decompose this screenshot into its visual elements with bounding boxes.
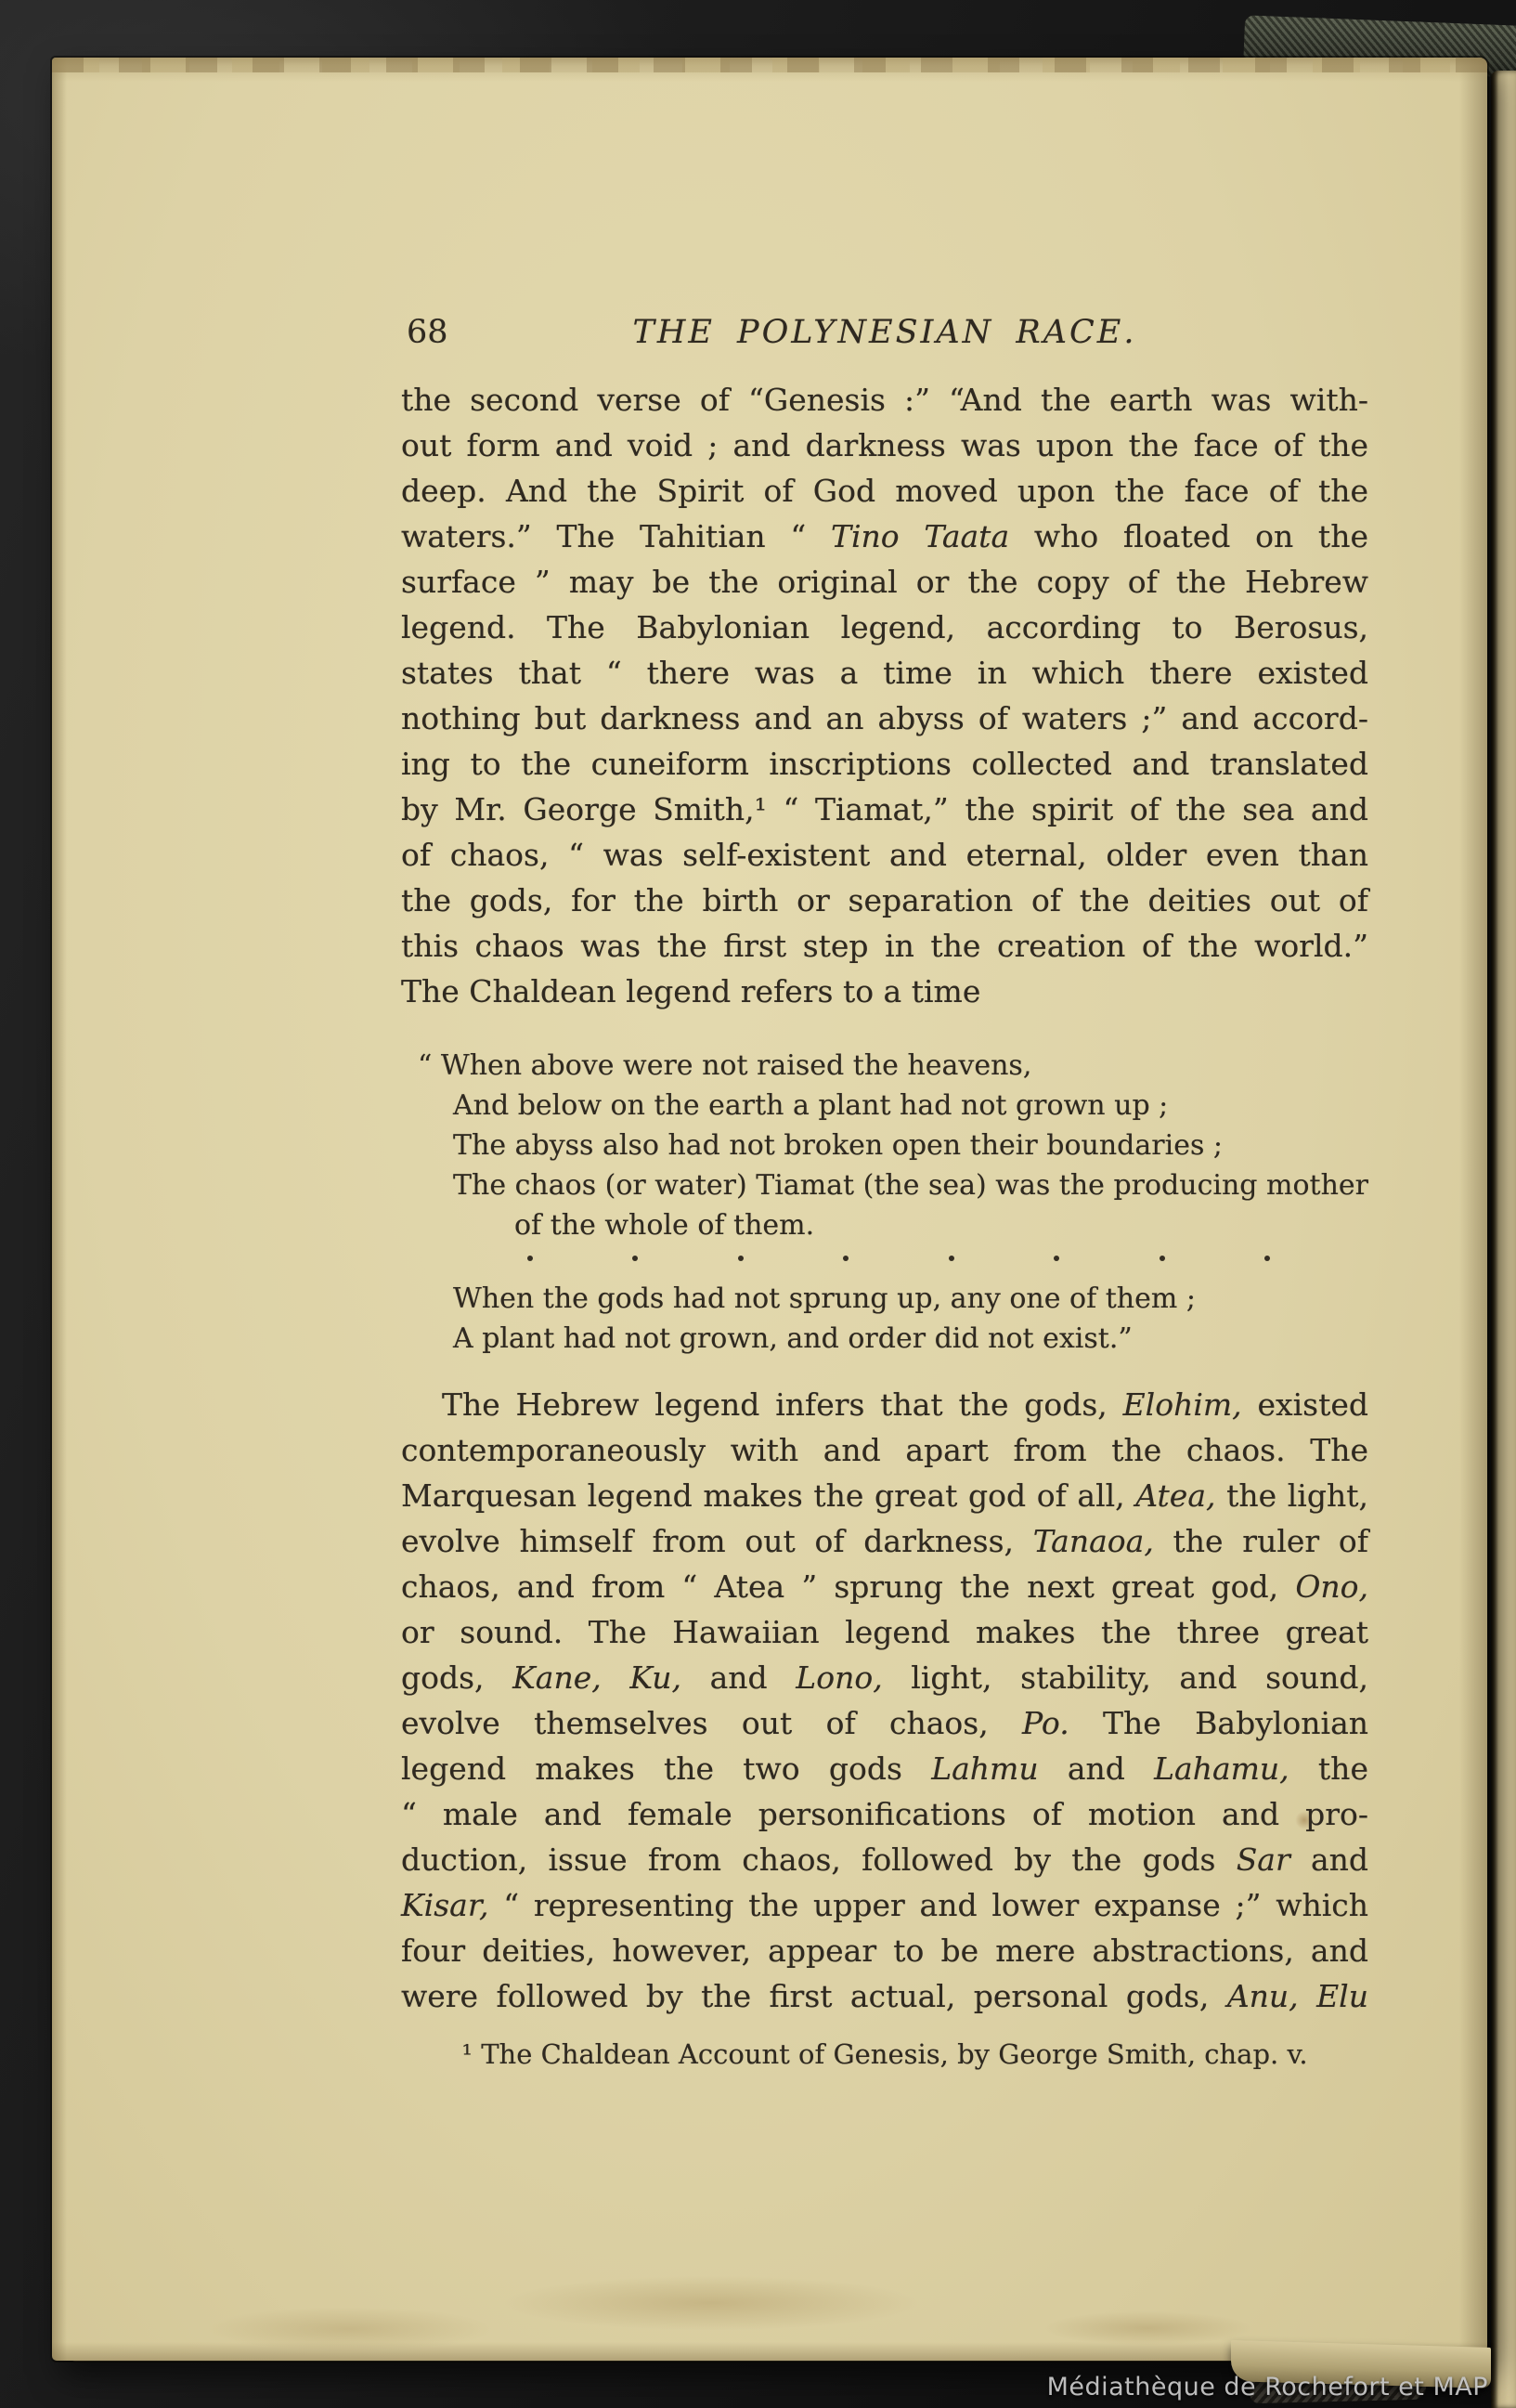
text-line: were followed by the first actual, perso… bbox=[401, 1973, 1368, 2019]
text-line: or sound. The Hawaiian legend makes the … bbox=[401, 1609, 1368, 1655]
text-line: waters.” The Tahitian “ Tino Taata who f… bbox=[401, 514, 1368, 559]
text-line: evolve himself from out of darkness, Tan… bbox=[401, 1518, 1368, 1564]
paragraph-2: The Hebrew legend infers that the gods, … bbox=[401, 1382, 1368, 2019]
page-header: 68 THE POLYNESIAN RACE. bbox=[401, 310, 1368, 355]
text-line: legend makes the two gods Lahmu and Laha… bbox=[401, 1746, 1368, 1791]
text-line: And below on the earth a plant had not g… bbox=[453, 1086, 1368, 1126]
text-line: The abyss also had not broken open their… bbox=[453, 1126, 1368, 1165]
ellipsis-dot bbox=[632, 1256, 638, 1261]
paragraph-1: the second verse of “Genesis :” “And the… bbox=[401, 377, 1368, 1014]
text-line: legend. The Babylonian legend, according… bbox=[401, 605, 1368, 650]
text-line: A plant had not grown, and order did not… bbox=[453, 1319, 1368, 1359]
text-line: out form and void ; and darkness was upo… bbox=[401, 423, 1368, 468]
text-line: When the gods had not sprung up, any one… bbox=[453, 1279, 1368, 1319]
verse-stanza-2: When the gods had not sprung up, any one… bbox=[401, 1279, 1368, 1359]
text-line: the second verse of “Genesis :” “And the… bbox=[401, 377, 1368, 423]
text-line: chaos, and from “ Atea ” sprung the next… bbox=[401, 1564, 1368, 1609]
running-title: THE POLYNESIAN RACE. bbox=[401, 310, 1368, 355]
ellipsis-dot bbox=[1160, 1256, 1165, 1261]
text-line: the gods, for the birth or separation of… bbox=[401, 878, 1368, 923]
text-line: deep. And the Spirit of God moved upon t… bbox=[401, 468, 1368, 514]
ellipsis-dot bbox=[527, 1256, 533, 1261]
text-line: of chaos, “ was self-existent and eterna… bbox=[401, 832, 1368, 878]
text-line: evolve themselves out of chaos, Po. The … bbox=[401, 1700, 1368, 1746]
text-line: this chaos was the first step in the cre… bbox=[401, 923, 1368, 969]
text-line: “ male and female personifications of mo… bbox=[401, 1791, 1368, 1837]
text-line: gods, Kane, Ku, and Lono, light, stabili… bbox=[401, 1655, 1368, 1700]
text-line: ing to the cuneiform inscriptions collec… bbox=[401, 741, 1368, 787]
book-page: 68 THE POLYNESIAN RACE. the second verse… bbox=[52, 58, 1487, 2361]
text-line: Marquesan legend makes the great god of … bbox=[401, 1473, 1368, 1518]
text-line: nothing but darkness and an abyss of wat… bbox=[401, 696, 1368, 741]
text-line: by Mr. George Smith,¹ “ Tiamat,” the spi… bbox=[401, 787, 1368, 832]
text-line: The Hebrew legend infers that the gods, … bbox=[401, 1382, 1368, 1427]
ellipsis-dot bbox=[949, 1256, 954, 1261]
text-line: The chaos (or water) Tiamat (the sea) wa… bbox=[453, 1165, 1368, 1205]
verse-stanza-1: “ When above were not raised the heavens… bbox=[401, 1046, 1368, 1245]
text-line: four deities, however, appear to be mere… bbox=[401, 1928, 1368, 1973]
text-line: “ When above were not raised the heavens… bbox=[418, 1046, 1368, 1086]
ellipsis-dot bbox=[1264, 1256, 1270, 1261]
library-watermark: Médiathèque de Rochefort et MAP bbox=[1047, 2373, 1488, 2401]
text-line: The Chaldean legend refers to a time bbox=[401, 969, 1368, 1014]
text-line: contemporaneously with and apart from th… bbox=[401, 1427, 1368, 1473]
next-page-fore-edge bbox=[1491, 71, 1516, 2408]
ellipsis-dot bbox=[738, 1256, 744, 1261]
footnote: ¹ The Chaldean Account of Genesis, by Ge… bbox=[401, 2036, 1368, 2073]
text-line: states that “ there was a time in which … bbox=[401, 650, 1368, 696]
text-line: surface ” may be the original or the cop… bbox=[401, 559, 1368, 605]
text-line: duction, issue from chaos, followed by t… bbox=[401, 1837, 1368, 1882]
text-line: of the whole of them. bbox=[453, 1205, 1368, 1245]
ellipsis-dot bbox=[843, 1256, 849, 1261]
verse-ellipsis-dots bbox=[527, 1247, 1270, 1269]
book-scan-photo: 68 THE POLYNESIAN RACE. the second verse… bbox=[0, 0, 1516, 2408]
page-number: 68 bbox=[407, 310, 448, 355]
ellipsis-dot bbox=[1054, 1256, 1059, 1261]
text-line: Kisar, “ representing the upper and lowe… bbox=[401, 1882, 1368, 1928]
